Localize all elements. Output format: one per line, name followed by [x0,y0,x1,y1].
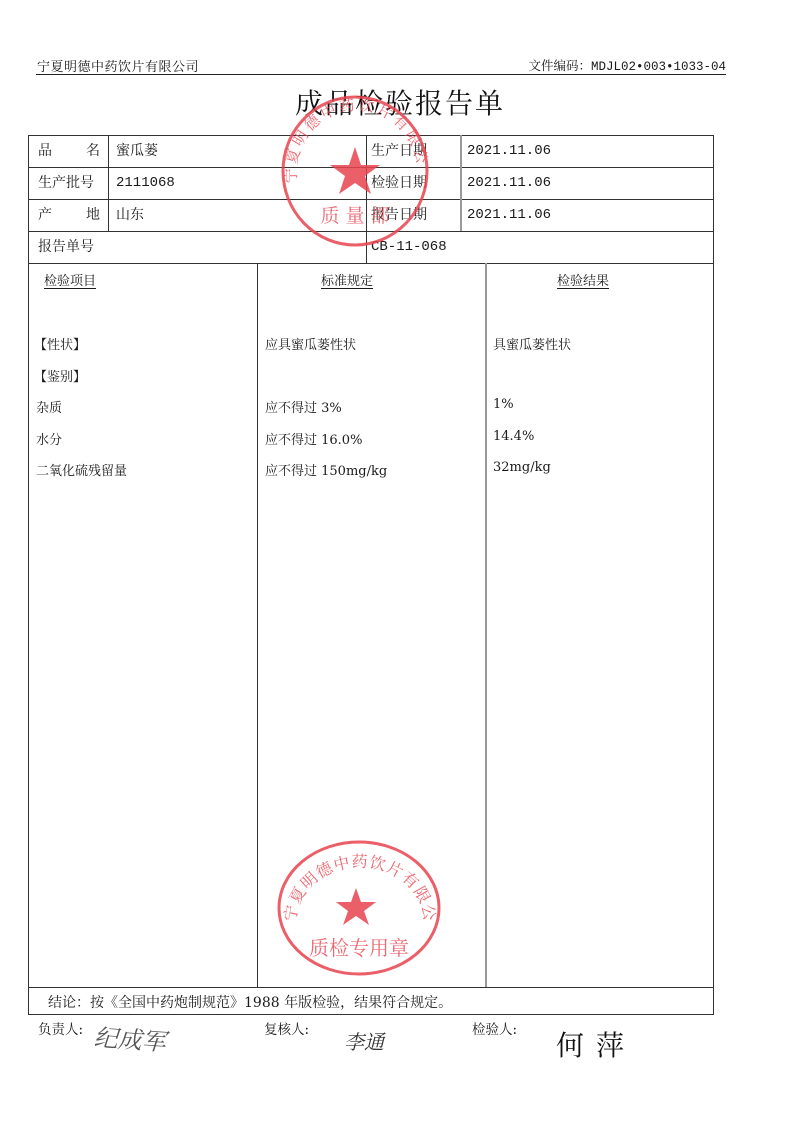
product-name-label: 品名 [38,135,100,167]
document-code: 文件编码：MDJL02•003•1033-04 [528,56,726,74]
column-divider [108,135,109,231]
responsible-label: 负责人: [38,1018,83,1038]
reviewer-signature: 李通 [344,1026,384,1055]
company-name: 宁夏明德中药饮片有限公司 [37,56,199,75]
origin-value: 山东 [116,199,144,231]
document-code-label: 文件编码： [528,58,591,73]
label-char: 名 [86,135,100,167]
inspector-label: 检验人: [472,1018,517,1038]
label-char: 产 [38,199,52,231]
batch-label: 生产批号 [38,167,94,199]
row-result: 具蜜瓜蒌性状 [493,334,571,353]
column-header-item: 检验项目 [44,270,96,289]
row-standard: 应不得过 16.0% [265,429,362,448]
batch-value: 2111068 [116,167,175,199]
page-title: 成品检验报告单 [0,82,800,122]
header-divider [36,74,726,75]
row-result: 32mg/kg [493,460,551,475]
inspector-signature: 何萍 [556,1024,636,1064]
report-table [28,135,714,1015]
label-char: 地 [86,199,100,231]
row-result: 1% [493,397,514,412]
document-code-value: MDJL02•003•1033-04 [591,60,726,74]
column-header-standard: 标准规定 [321,270,373,289]
row-divider [28,263,714,264]
column-divider [460,135,462,231]
report-no-value: CB-11-068 [371,231,447,263]
row-item: 杂质 [36,397,62,416]
row-standard: 应不得过 150mg/kg [265,460,387,479]
responsible-signature: 纪成军 [93,1018,167,1058]
report-date-label: 报告日期 [371,199,427,231]
row-item: 【鉴别】 [34,366,86,385]
column-divider [366,135,367,263]
report-date-value: 2021.11.06 [467,199,551,231]
inspection-date-value: 2021.11.06 [467,167,551,199]
production-date-value: 2021.11.06 [467,135,551,167]
row-item: 二氧化硫残留量 [36,460,127,479]
column-header-result: 检验结果 [557,270,609,289]
reviewer-label: 复核人: [264,1018,309,1038]
row-standard: 应不得过 3% [265,397,342,416]
row-divider [28,987,714,988]
origin-label: 产地 [38,199,100,231]
row-item: 【性状】 [34,334,86,353]
production-date-label: 生产日期 [371,135,427,167]
report-no-label: 报告单号 [38,231,94,263]
product-name-value: 蜜瓜蒌 [116,135,158,167]
row-item: 水分 [36,429,62,448]
column-divider [257,263,258,987]
column-divider [485,263,487,987]
label-char: 品 [38,135,52,167]
row-result: 14.4% [493,429,534,444]
row-standard: 应具蜜瓜蒌性状 [265,334,356,353]
inspection-date-label: 检验日期 [371,167,427,199]
conclusion-text: 结论：按《全国中药炮制规范》1988 年版检验，结果符合规定。 [48,992,452,1012]
